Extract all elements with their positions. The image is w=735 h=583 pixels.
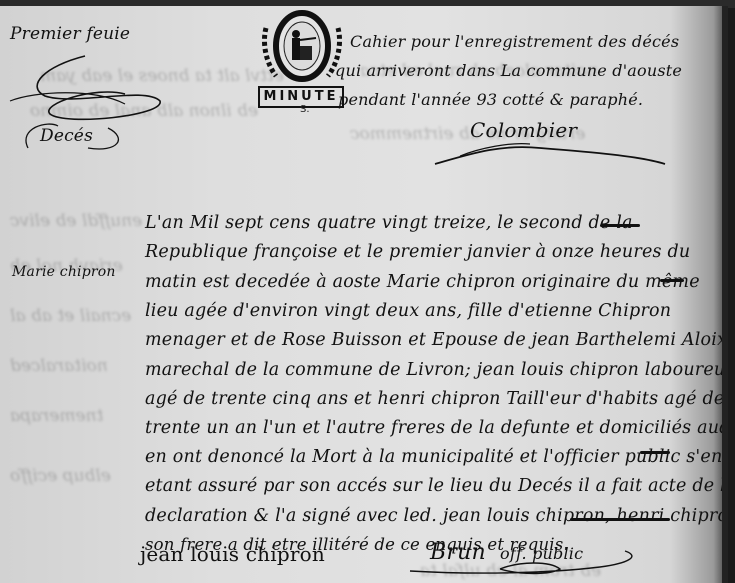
body-line-5: menager et de Rose Buisson et Epouse de … [145,330,727,350]
body-line-10: etant assuré par son accés sur le lieu d… [145,476,728,496]
body-line-11: declaration & l'a signé avec led. jean l… [145,506,728,526]
line-filler-dash [660,279,684,282]
paraph-flourish [5,46,165,126]
bleed-through-text: noitaralced [10,356,108,376]
section-flourish [18,118,138,158]
line-filler-dash [570,518,670,521]
bleed-through-text: elbup eciffo [10,466,111,486]
page-label: Premier feuie [10,24,130,44]
body-line-3: matin est decedée à aoste Marie chipron … [145,272,700,292]
body-line-2: Republique françoise et le premier janvi… [145,242,690,262]
body-line-1: L'an Mil sept cens quatre vingt treize, … [145,213,633,233]
bleed-through-text: ecnail et ab al [10,306,131,326]
header-line-3: pendant l'année 93 cotté & paraphé. [338,90,643,109]
body-line-9: en ont denoncé la Mort à la municipalité… [145,447,722,467]
officer-flourish [400,561,640,583]
body-line-8: trente un an l'un et l'autre freres de l… [145,418,728,438]
line-filler-dash [640,451,670,454]
stamp-sub: S. [300,104,310,115]
register-page: ettvl alt ta bnoes el eab yam eb ilnon a… [0,6,728,583]
signature-flourish [430,134,670,174]
body-line-4: lieu agée d'environ vingt deux ans, fill… [145,301,671,321]
line-filler-dash [600,224,640,227]
header-line-2: qui arriveront dans La commune d'aouste [335,61,682,80]
page-binding-edge [722,6,728,583]
revolutionary-seal-icon [262,8,342,86]
body-line-6: marechal de la commune de Livron; jean l… [145,360,728,380]
bleed-through-text: tnemerapa [10,406,103,426]
bleed-through-text: enuffdl eb elivc [10,211,142,231]
margin-note-name: Marie chipron [12,264,116,280]
header-line-1: Cahier pour l'enregistrement des décés [350,32,679,51]
witness-signature: jean louis chipron [140,542,325,566]
body-line-7: agé de trente cinq ans et henri chipron … [145,389,724,409]
